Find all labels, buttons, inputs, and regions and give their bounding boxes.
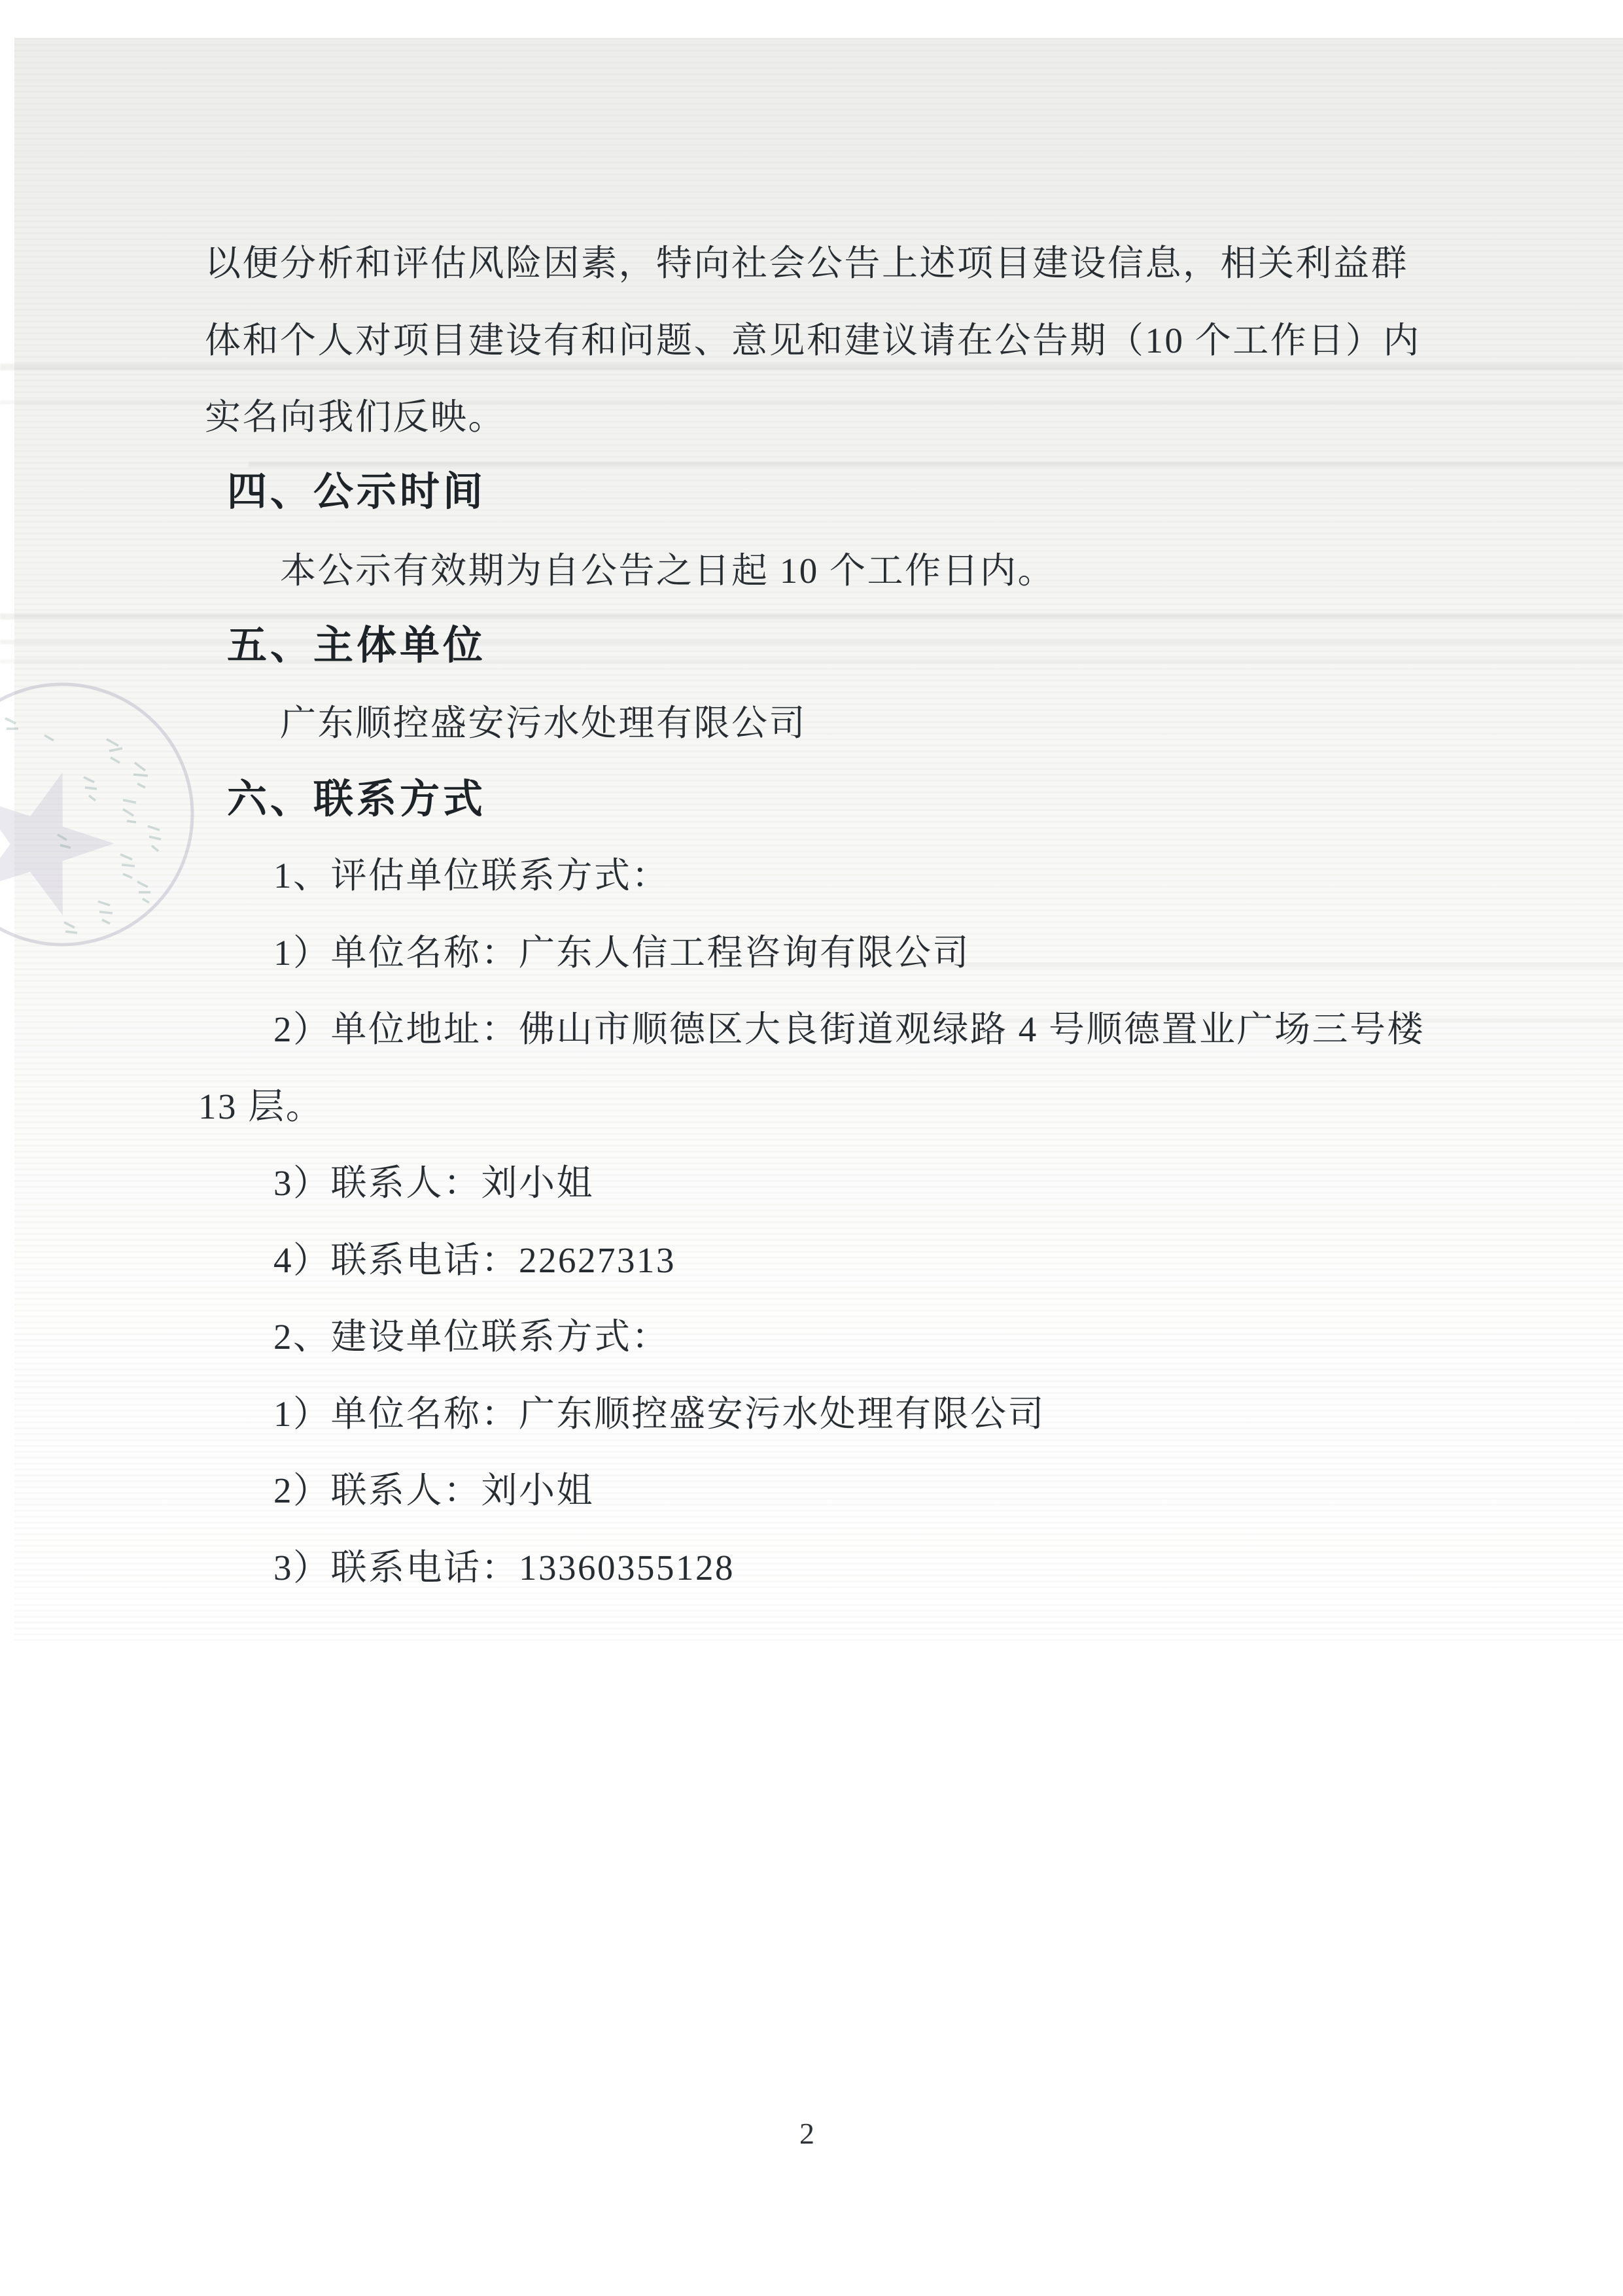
scan-streak xyxy=(249,462,1623,467)
stamp-watermark xyxy=(0,679,198,950)
contact-item: 1）单位名称：广东顺控盛安污水处理有限公司 xyxy=(273,1393,1045,1435)
page-number: 2 xyxy=(799,2117,814,2151)
section-body-notice-period: 本公示有效期为自公告之日起 10 个工作日内。 xyxy=(280,550,1055,592)
contact-item: 1）单位名称：广东人信工程咨询有限公司 xyxy=(273,932,970,974)
contact-item-continuation: 13 层。 xyxy=(198,1086,323,1128)
scan-streak xyxy=(0,614,1623,619)
scanned-document-page: 以便分析和评估风险因素，特向社会公告上述项目建设信息，相关利益群 体和个人对项目… xyxy=(0,0,1623,2296)
section-body-main-unit: 广东顺控盛安污水处理有限公司 xyxy=(280,703,807,744)
seal-ring xyxy=(0,684,192,945)
section-heading-main-unit: 五、主体单位 xyxy=(227,621,486,670)
intro-paragraph-line-3: 实名向我们反映。 xyxy=(205,396,506,438)
intro-paragraph-line-2: 体和个人对项目建设有和问题、意见和建议请在公告期（10 个工作日）内 xyxy=(205,320,1421,362)
section-heading-contact-info: 六、联系方式 xyxy=(227,775,486,824)
contact-item: 4）联系电话：22627313 xyxy=(273,1240,676,1281)
contact-item: 2）联系人：刘小姐 xyxy=(273,1470,594,1512)
contact-item: 3）联系电话：13360355128 xyxy=(273,1547,735,1589)
intro-paragraph-line-1: 以便分析和评估风险因素，特向社会公告上述项目建设信息，相关利益群 xyxy=(205,243,1408,285)
seal-star-icon xyxy=(0,750,130,924)
scan-streak xyxy=(0,364,1623,370)
seal-illegible-text xyxy=(5,718,161,933)
contact-item: 1、评估单位联系方式： xyxy=(273,855,669,897)
contact-item: 2、建设单位联系方式： xyxy=(273,1316,669,1358)
contact-item: 2）单位地址：佛山市顺德区大良街道观绿路 4 号顺德置业广场三号楼 xyxy=(273,1009,1425,1051)
section-heading-notice-period: 四、公示时间 xyxy=(227,468,486,516)
contact-item: 3）联系人：刘小姐 xyxy=(273,1162,594,1204)
